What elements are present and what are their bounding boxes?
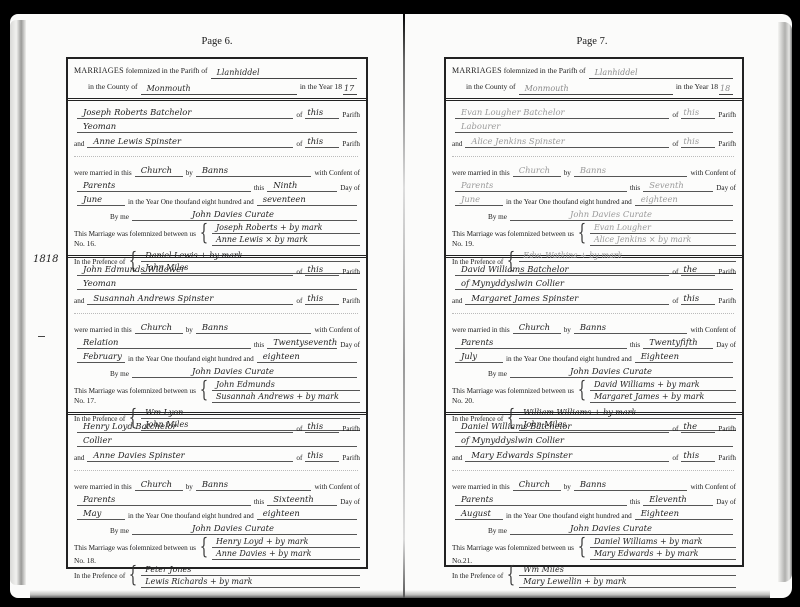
- between-label: This Marriage was folemnized between us: [74, 387, 196, 395]
- married-label: were married in this: [452, 169, 510, 177]
- party-signature: Evan Lougher: [590, 222, 736, 234]
- witness-signature: Lewis Richards + by mark: [141, 576, 360, 588]
- parish-word: Parifh: [718, 297, 736, 305]
- blank-line: [452, 462, 734, 471]
- between-label: This Marriage was folemnized between us: [452, 544, 574, 552]
- by-label: by: [564, 326, 571, 334]
- groom-parish: this: [305, 421, 339, 433]
- year-long-label: in the Year One thoufand eight hundred a…: [128, 355, 254, 363]
- marriage-entry: Joseph Roberts BatchelorofthisParifh Yeo…: [68, 101, 366, 258]
- by-me-label: By me: [110, 370, 129, 378]
- bride-parish: this: [305, 450, 339, 462]
- marriage-month: August: [455, 508, 503, 520]
- married-label: were married in this: [452, 483, 510, 491]
- groom-occupation: of Mynyddyslwin Collier: [455, 435, 733, 447]
- entry-number: No. 20.: [452, 396, 474, 405]
- and-label: and: [452, 297, 462, 305]
- of-label: of: [672, 140, 678, 148]
- this-label: this: [254, 341, 264, 349]
- marriage-by: Banns: [574, 479, 688, 491]
- party-signature: David Williams + by mark: [590, 379, 736, 391]
- marriage-place: Church: [135, 165, 183, 177]
- consent-of: Relation: [77, 337, 251, 349]
- marriage-year: eighteen: [257, 351, 357, 363]
- party-signature: Margaret James + by mark: [590, 391, 736, 403]
- brace-icon: {: [200, 223, 208, 245]
- marriage-month: June: [77, 194, 125, 206]
- party-signature: Henry Loyd + by mark: [212, 536, 360, 548]
- marriage-place: Church: [135, 322, 183, 334]
- by-me-label: By me: [488, 527, 507, 535]
- by-label: by: [186, 483, 193, 491]
- marriage-entry: John Edmunds WidowerofthisParifh Yeoman …: [68, 258, 366, 415]
- bride-parish: this: [305, 293, 339, 305]
- presence-label: In the Prefence of: [452, 572, 503, 580]
- entry-number: No. 18.: [74, 556, 96, 565]
- bride-parish: this: [305, 136, 339, 148]
- bride-parish: this: [681, 136, 715, 148]
- blank-line: [452, 148, 734, 157]
- married-label: were married in this: [452, 326, 510, 334]
- party-signature: Susannah Andrews + by mark: [212, 391, 360, 403]
- brace-icon: {: [200, 380, 208, 402]
- of-label: of: [672, 297, 678, 305]
- day-of-label: Day of: [340, 184, 360, 192]
- and-label: and: [74, 454, 84, 462]
- page-number-right: Page 7.: [542, 36, 642, 47]
- year-long-label: in the Year One thoufand eight hundred a…: [128, 198, 254, 206]
- year-long-label: in the Year One thoufand eight hundred a…: [506, 512, 632, 520]
- groom-name: Joseph Roberts Batchelor: [77, 107, 293, 119]
- marriage-day: Seventh: [643, 180, 713, 192]
- officiant: John Davies Curate: [510, 366, 733, 378]
- brace-icon: {: [578, 537, 586, 559]
- this-label: this: [254, 498, 264, 506]
- brace-icon: {: [578, 223, 586, 245]
- officiant: John Davies Curate: [510, 523, 733, 535]
- consent-label: with Confent of: [690, 326, 736, 334]
- blank-line: [74, 462, 358, 471]
- marriage-year: Eighteen: [635, 351, 733, 363]
- groom-occupation: Yeoman: [77, 121, 357, 133]
- blank-line: [452, 305, 734, 314]
- brace-icon: {: [578, 380, 586, 402]
- groom-occupation: of Mynyddyslwin Collier: [455, 278, 733, 290]
- groom-name: Henry Loyd Batchelor: [77, 421, 293, 433]
- register-header: MARRIAGES folemnized in the Parifh of Ll…: [446, 59, 742, 101]
- book-bottom-edge: [30, 590, 770, 598]
- groom-parish: the: [681, 264, 715, 276]
- blank-line: [74, 148, 358, 157]
- register-header: MARRIAGES folemnized in the Parifh of Ll…: [68, 59, 366, 101]
- entry-number: No.21.: [452, 556, 472, 565]
- by-me-label: By me: [488, 370, 507, 378]
- marriages-heading: MARRIAGES: [452, 63, 502, 79]
- margin-dash: [38, 336, 45, 337]
- bride-parish: this: [681, 293, 715, 305]
- between-label: This Marriage was folemnized between us: [74, 544, 196, 552]
- marriage-year: Eighteen: [635, 508, 733, 520]
- entry-number: No. 16.: [74, 239, 96, 248]
- marriage-day: Eleventh: [643, 494, 713, 506]
- marriage-year: eighteen: [257, 508, 357, 520]
- parish-word: Parifh: [342, 454, 360, 462]
- parish-word: Parifh: [342, 425, 360, 433]
- brace-icon: {: [129, 565, 137, 587]
- by-label: by: [186, 169, 193, 177]
- consent-of: Parents: [77, 494, 251, 506]
- parish-word: Parifh: [718, 425, 736, 433]
- groom-name: Evan Lougher Batchelor: [455, 107, 669, 119]
- day-of-label: Day of: [716, 498, 736, 506]
- year-field: 17: [343, 83, 357, 95]
- between-label: This Marriage was folemnized between us: [74, 230, 196, 238]
- marriage-place: Church: [513, 322, 561, 334]
- county-label: in the County of: [88, 79, 138, 95]
- of-label: of: [672, 111, 678, 119]
- and-label: and: [74, 297, 84, 305]
- parish-word: Parifh: [718, 454, 736, 462]
- parish-word: Parifh: [342, 140, 360, 148]
- consent-of: Parents: [455, 337, 627, 349]
- officiant: John Davies Curate: [510, 209, 733, 221]
- witness-signature: Peter Jones: [141, 564, 360, 576]
- groom-name: Daniel Williams Batchelor: [455, 421, 669, 433]
- consent-of: Parents: [455, 494, 627, 506]
- book-spine: [403, 12, 405, 598]
- by-me-label: By me: [110, 213, 129, 221]
- year-long-label: in the Year One thoufand eight hundred a…: [506, 355, 632, 363]
- margin-note-year: 1818: [33, 254, 58, 265]
- party-signature: Joseph Roberts + by mark: [212, 222, 360, 234]
- by-me-label: By me: [488, 213, 507, 221]
- marriage-day: Twentyseventh: [267, 337, 337, 349]
- and-label: and: [74, 140, 84, 148]
- book-left-edge: [10, 20, 26, 585]
- page-number-left: Page 6.: [167, 36, 267, 47]
- groom-parish: the: [681, 421, 715, 433]
- parish-label: folemnized in the Parifh of: [126, 63, 208, 79]
- between-label: This Marriage was folemnized between us: [452, 230, 574, 238]
- groom-parish: this: [305, 107, 339, 119]
- and-label: and: [452, 454, 462, 462]
- officiant: John Davies Curate: [132, 209, 357, 221]
- marriage-by: Banns: [196, 322, 312, 334]
- consent-label: with Confent of: [314, 169, 360, 177]
- consent-label: with Confent of: [314, 483, 360, 491]
- year-long-label: in the Year One thoufand eight hundred a…: [506, 198, 632, 206]
- married-label: were married in this: [74, 326, 132, 334]
- groom-name: David Williams Batchelor: [455, 264, 669, 276]
- bride-name: Anne Davies Spinster: [87, 450, 293, 462]
- brace-icon: {: [507, 565, 515, 587]
- brace-icon: {: [200, 537, 208, 559]
- bride-name: Alice Jenkins Spinster: [465, 136, 669, 148]
- groom-parish: this: [305, 264, 339, 276]
- by-me-label: By me: [110, 527, 129, 535]
- party-signature: Anne Davies + by mark: [212, 548, 360, 560]
- this-label: this: [630, 184, 640, 192]
- bride-parish: this: [681, 450, 715, 462]
- marriage-month: May: [77, 508, 125, 520]
- entry-number: No. 19.: [452, 239, 474, 248]
- bride-name: Margaret James Spinster: [465, 293, 669, 305]
- of-label: of: [296, 297, 302, 305]
- of-label: of: [296, 454, 302, 462]
- marriage-year: seventeen: [257, 194, 357, 206]
- marriage-month: June: [455, 194, 503, 206]
- presence-label: In the Prefence of: [74, 572, 125, 580]
- marriage-month: July: [455, 351, 503, 363]
- marriage-month: February: [77, 351, 125, 363]
- of-label: of: [296, 425, 302, 433]
- county-field: Monmouth: [141, 83, 297, 95]
- party-signature: Anne Lewis × by mark: [212, 234, 360, 246]
- marriage-place: Church: [513, 165, 561, 177]
- of-label: of: [672, 425, 678, 433]
- year-field: 18: [719, 83, 733, 95]
- marriage-by: Banns: [574, 322, 688, 334]
- bride-name: Mary Edwards Spinster: [465, 450, 669, 462]
- groom-parish: this: [681, 107, 715, 119]
- marriage-year: eighteen: [635, 194, 733, 206]
- groom-occupation: Yeoman: [77, 278, 357, 290]
- party-signature: John Edmunds: [212, 379, 360, 391]
- marriages-heading: MARRIAGES: [74, 63, 124, 79]
- this-label: this: [630, 498, 640, 506]
- parish-word: Parifh: [718, 140, 736, 148]
- groom-occupation: Collier: [77, 435, 357, 447]
- year-long-label: in the Year One thoufand eight hundred a…: [128, 512, 254, 520]
- day-of-label: Day of: [716, 341, 736, 349]
- parish-field: Llanhiddel: [589, 67, 733, 79]
- by-label: by: [564, 483, 571, 491]
- bride-name: Susannah Andrews Spinster: [87, 293, 293, 305]
- officiant: John Davies Curate: [132, 523, 357, 535]
- parish-label: folemnized in the Parifh of: [504, 63, 586, 79]
- between-label: This Marriage was folemnized between us: [452, 387, 574, 395]
- marriage-day: Twentyfifth: [643, 337, 713, 349]
- marriage-by: Banns: [196, 165, 312, 177]
- day-of-label: Day of: [716, 184, 736, 192]
- party-signature: Alice Jenkins × by mark: [590, 234, 736, 246]
- bride-name: Anne Lewis Spinster: [87, 136, 293, 148]
- this-label: this: [254, 184, 264, 192]
- married-label: were married in this: [74, 169, 132, 177]
- register-page-right: MARRIAGES folemnized in the Parifh of Ll…: [444, 57, 744, 567]
- marriage-place: Church: [135, 479, 183, 491]
- consent-of: Parents: [455, 180, 627, 192]
- marriage-day: Ninth: [267, 180, 337, 192]
- this-label: this: [630, 341, 640, 349]
- marriage-day: Sixteenth: [267, 494, 337, 506]
- and-label: and: [452, 140, 462, 148]
- county-field: Monmouth: [519, 83, 673, 95]
- by-label: by: [186, 326, 193, 334]
- consent-of: Parents: [77, 180, 251, 192]
- officiant: John Davies Curate: [132, 366, 357, 378]
- day-of-label: Day of: [340, 341, 360, 349]
- consent-label: with Confent of: [314, 326, 360, 334]
- witness-signature: Mary Lewellin + by mark: [519, 576, 736, 588]
- parish-field: Llanhiddel: [211, 67, 357, 79]
- marriage-by: Banns: [196, 479, 312, 491]
- entry-number: No. 17.: [74, 396, 96, 405]
- by-label: by: [564, 169, 571, 177]
- parish-word: Parifh: [342, 111, 360, 119]
- blank-line: [74, 305, 358, 314]
- party-signature: Mary Edwards + by mark: [590, 548, 736, 560]
- county-label: in the County of: [466, 79, 516, 95]
- day-of-label: Day of: [340, 498, 360, 506]
- of-label: of: [296, 268, 302, 276]
- parish-word: Parifh: [342, 268, 360, 276]
- party-signature: Daniel Williams + by mark: [590, 536, 736, 548]
- year-label: in the Year 18: [300, 79, 342, 95]
- of-label: of: [296, 111, 302, 119]
- marriage-entry: Henry Loyd BatchelorofthisParifh Collier…: [68, 415, 366, 572]
- book-right-edge: [778, 22, 792, 582]
- parish-word: Parifh: [718, 111, 736, 119]
- of-label: of: [296, 140, 302, 148]
- parish-word: Parifh: [718, 268, 736, 276]
- consent-label: with Confent of: [690, 483, 736, 491]
- witness-signature: Wm Miles: [519, 564, 736, 576]
- groom-name: John Edmunds Widower: [77, 264, 293, 276]
- parish-word: Parifh: [342, 297, 360, 305]
- marriage-entry: Daniel Williams BatcheloroftheParifh of …: [446, 415, 742, 572]
- of-label: of: [672, 454, 678, 462]
- marriage-place: Church: [513, 479, 561, 491]
- register-page-left: MARRIAGES folemnized in the Parifh of Ll…: [66, 57, 368, 569]
- married-label: were married in this: [74, 483, 132, 491]
- marriage-entry: David Williams BatcheloroftheParifh of M…: [446, 258, 742, 415]
- of-label: of: [672, 268, 678, 276]
- marriage-entry: Evan Lougher BatchelorofthisParifh Labou…: [446, 101, 742, 258]
- marriage-by: Banns: [574, 165, 688, 177]
- year-label: in the Year 18: [676, 79, 718, 95]
- groom-occupation: Labourer: [455, 121, 733, 133]
- consent-label: with Confent of: [690, 169, 736, 177]
